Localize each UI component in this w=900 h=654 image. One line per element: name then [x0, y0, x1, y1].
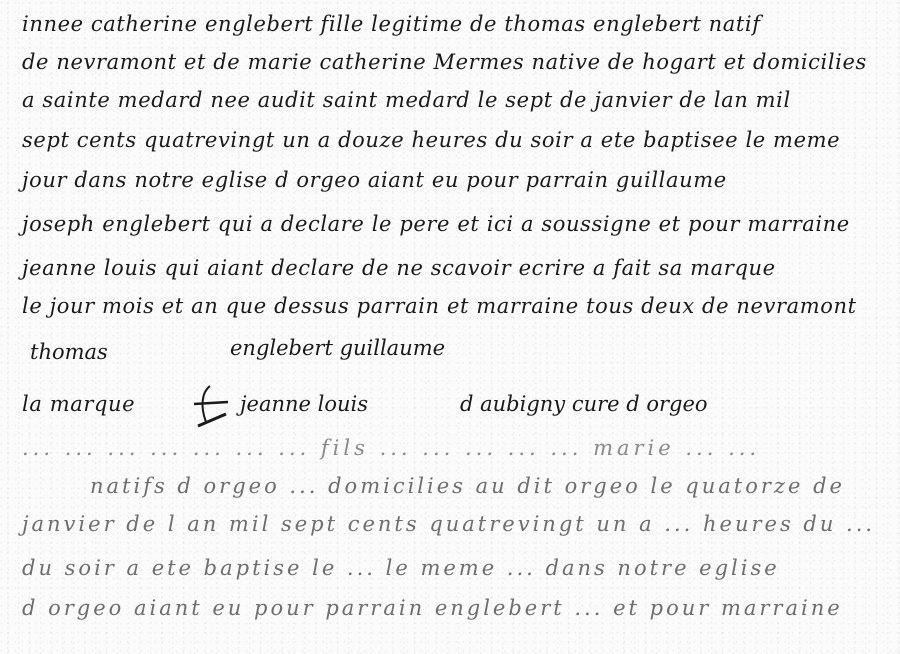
record-line-1: innee catherine englebert fille legitime…	[22, 12, 761, 36]
second-record-line-2: natifs d orgeo ... domicilies au dit org…	[90, 474, 845, 498]
record-line-6: joseph englebert qui a declare le pere e…	[22, 212, 850, 236]
second-record-line-4: du soir a ete baptise le ... le meme ...…	[22, 556, 780, 580]
record-line-5: jour dans notre eglise d orgeo aiant eu …	[22, 168, 727, 192]
record-line-4: sept cents quatrevingt un a douze heures…	[22, 128, 840, 152]
record-line-7: jeanne louis qui aiant declare de ne sca…	[22, 256, 776, 280]
signature-curate: d aubigny cure d orgeo	[460, 392, 708, 416]
second-record-line-5: d orgeo aiant eu pour parrain englebert …	[22, 596, 843, 620]
cross-mark-icon	[192, 382, 232, 430]
record-line-3: a sainte medard nee audit saint medard l…	[22, 88, 791, 112]
record-line-2: de nevramont et de marie catherine Merme…	[22, 50, 867, 74]
record-line-8: le jour mois et an que dessus parrain et…	[22, 294, 857, 318]
register-page: innee catherine englebert fille legitime…	[0, 0, 900, 654]
second-record-line-1: ... ... ... ... ... ... ... fils ... ...…	[22, 436, 760, 460]
signature-englebert-guillaume: englebert guillaume	[230, 336, 445, 360]
signature-thomas: thomas	[30, 340, 108, 364]
signature-jeanne-louis: jeanne louis	[240, 392, 368, 416]
second-record-line-3: janvier de l an mil sept cents quatrevin…	[22, 512, 875, 536]
mark-label: la marque	[22, 392, 135, 416]
